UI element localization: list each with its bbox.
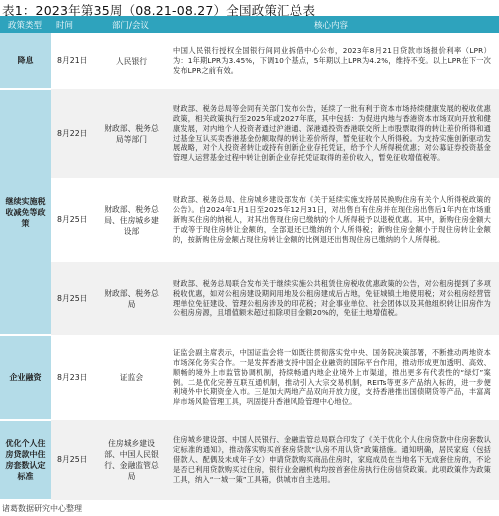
department-cell: 人民银行	[100, 33, 163, 89]
header-date: 时间	[51, 16, 100, 33]
header-core-content: 核心内容	[163, 16, 499, 33]
department-cell: 证监会	[100, 335, 163, 420]
content-cell: 住房城乡建设部、中国人民银行、金融监管总局联合印发了《关于优化个人住房贷款中住房…	[163, 420, 499, 500]
content-cell: 中国人民银行授权全国银行间同业拆借中心公布，2023年8月21日贷款市场报价利率…	[163, 33, 499, 89]
source-note: 诸葛数据研究中心整理	[2, 503, 82, 514]
policy-type-cell: 企业融资	[0, 335, 51, 420]
table-row: 8月25日 财政部、税务总局、住房城乡建设部 财政部、税务总局、住房城乡建设部发…	[0, 178, 499, 262]
content-cell: 证监会副主席表示，中国证监会将一如既往贯彻落实党中央、国务院决策部署，不断推动两…	[163, 335, 499, 420]
table-row: 继续实施税收减免等政策 8月22日 财政部、税务总局等部门 财政部、税务总局等会…	[0, 89, 499, 178]
department-cell: 财政部、税务总局、住房城乡建设部	[100, 178, 163, 262]
policy-summary-table: 政策类型 时间 部门/会议 核心内容 降息 8月21日 人民银行 中国人民银行授…	[0, 16, 499, 501]
department-cell: 住房城乡建设部、中国人民银行、金融监管总局	[100, 420, 163, 500]
content-cell: 财政部、税务总局、住房城乡建设部发布《关于延续实施支持居民换购住房有关个人所得税…	[163, 178, 499, 262]
table-row: 优化个人住房贷款中住房套数认定标准 8月25日 住房城乡建设部、中国人民银行、金…	[0, 420, 499, 500]
policy-type-cell: 优化个人住房贷款中住房套数认定标准	[0, 420, 51, 500]
date-cell: 8月25日	[51, 262, 100, 335]
policy-type-cell: 降息	[0, 33, 51, 89]
date-cell: 8月25日	[51, 178, 100, 262]
table-row: 降息 8月21日 人民银行 中国人民银行授权全国银行间同业拆借中心公布，2023…	[0, 33, 499, 89]
date-cell: 8月23日	[51, 335, 100, 420]
table-header-row: 政策类型 时间 部门/会议 核心内容	[0, 16, 499, 33]
department-cell: 财政部、税务总局等部门	[100, 89, 163, 178]
table-row: 8月25日 财政部、税务总局 财政部、税务总局联合发布关于继续实施公共租赁住房税…	[0, 262, 499, 335]
policy-type-cell: 继续实施税收减免等政策	[0, 89, 51, 335]
header-department: 部门/会议	[100, 16, 163, 33]
content-cell: 财政部、税务总局等会同有关部门发布公告，延续了一批有利于资本市场持续健康发展的税…	[163, 89, 499, 178]
department-cell: 财政部、税务总局	[100, 262, 163, 335]
header-policy-type: 政策类型	[0, 16, 51, 33]
content-cell: 财政部、税务总局联合发布关于继续实施公共租赁住房税收优惠政策的公告，对公租房提到…	[163, 262, 499, 335]
date-cell: 8月21日	[51, 33, 100, 89]
table-row: 企业融资 8月23日 证监会 证监会副主席表示，中国证监会将一如既往贯彻落实党中…	[0, 335, 499, 420]
date-cell: 8月22日	[51, 89, 100, 178]
date-cell: 8月25日	[51, 420, 100, 500]
